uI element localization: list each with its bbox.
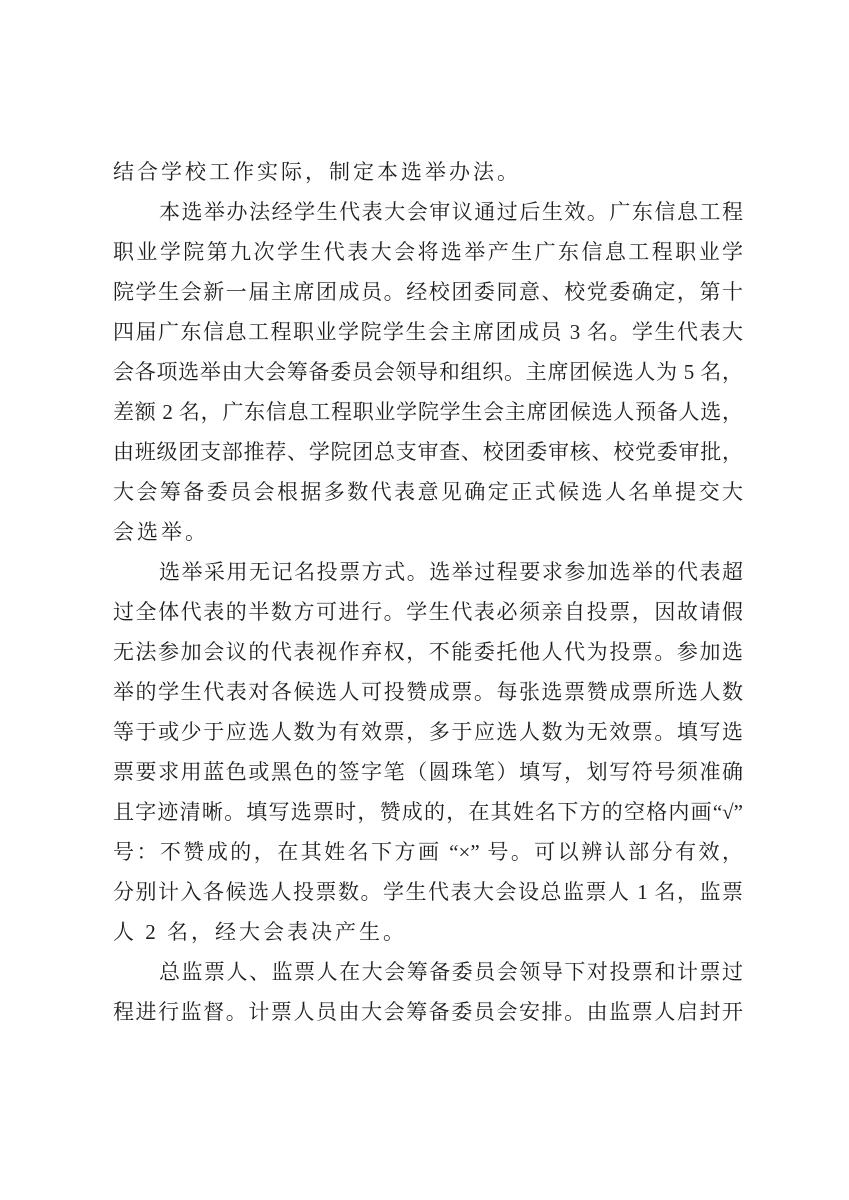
text-block: 结合学校工作实际，制定本选举办法。 本选举办法经学生代表大会审议通过后生效。广东… [113,152,743,1032]
text-line: 举的学生代表对各候选人可投赞成票。每张选票赞成票所选人数 [113,672,743,712]
text-line: 无法参加会议的代表视作弃权，不能委托他人代为投票。参加选 [113,632,743,672]
text-line: 四届广东信息工程职业学院学生会主席团成员 3 名。学生代表大 [113,312,743,352]
text-line: 大会筹备委员会根据多数代表意见确定正式候选人名单提交大 [113,472,743,512]
text-line: 本选举办法经学生代表大会审议通过后生效。广东信息工程 [113,192,743,232]
text-line: 会各项选举由大会筹备委员会领导和组织。主席团候选人为 5 名， [113,352,743,392]
text-line: 号：不赞成的，在其姓名下方画 “×” 号。可以辨认部分有效， [113,832,743,872]
text-line: 结合学校工作实际，制定本选举办法。 [113,152,743,192]
text-line: 等于或少于应选人数为有效票，多于应选人数为无效票。填写选 [113,712,743,752]
document-page: 结合学校工作实际，制定本选举办法。 本选举办法经学生代表大会审议通过后生效。广东… [0,0,849,1200]
text-line: 过全体代表的半数方可进行。学生代表必须亲自投票，因故请假 [113,592,743,632]
text-line: 且字迹清晰。填写选票时，赞成的，在其姓名下方的空格内画“√” [113,792,743,832]
text-line: 职业学院第九次学生代表大会将选举产生广东信息工程职业学 [113,232,743,272]
text-line: 由班级团支部推荐、学院团总支审查、校团委审核、校党委审批， [113,432,743,472]
text-line: 院学生会新一届主席团成员。经校团委同意、校党委确定，第十 [113,272,743,312]
text-line: 程进行监督。计票人员由大会筹备委员会安排。由监票人启封开 [113,992,743,1032]
text-line: 总监票人、监票人在大会筹备委员会领导下对投票和计票过 [113,952,743,992]
text-line: 差额 2 名，广东信息工程职业学院学生会主席团候选人预备人选， [113,392,743,432]
text-line: 选举采用无记名投票方式。选举过程要求参加选举的代表超 [113,552,743,592]
text-line: 票要求用蓝色或黑色的签字笔（圆珠笔）填写，划写符号须准确 [113,752,743,792]
text-line: 分别计入各候选人投票数。学生代表大会设总监票人 1 名，监票 [113,872,743,912]
text-line: 人 2 名，经大会表决产生。 [113,912,743,952]
text-line: 会选举。 [113,512,743,552]
